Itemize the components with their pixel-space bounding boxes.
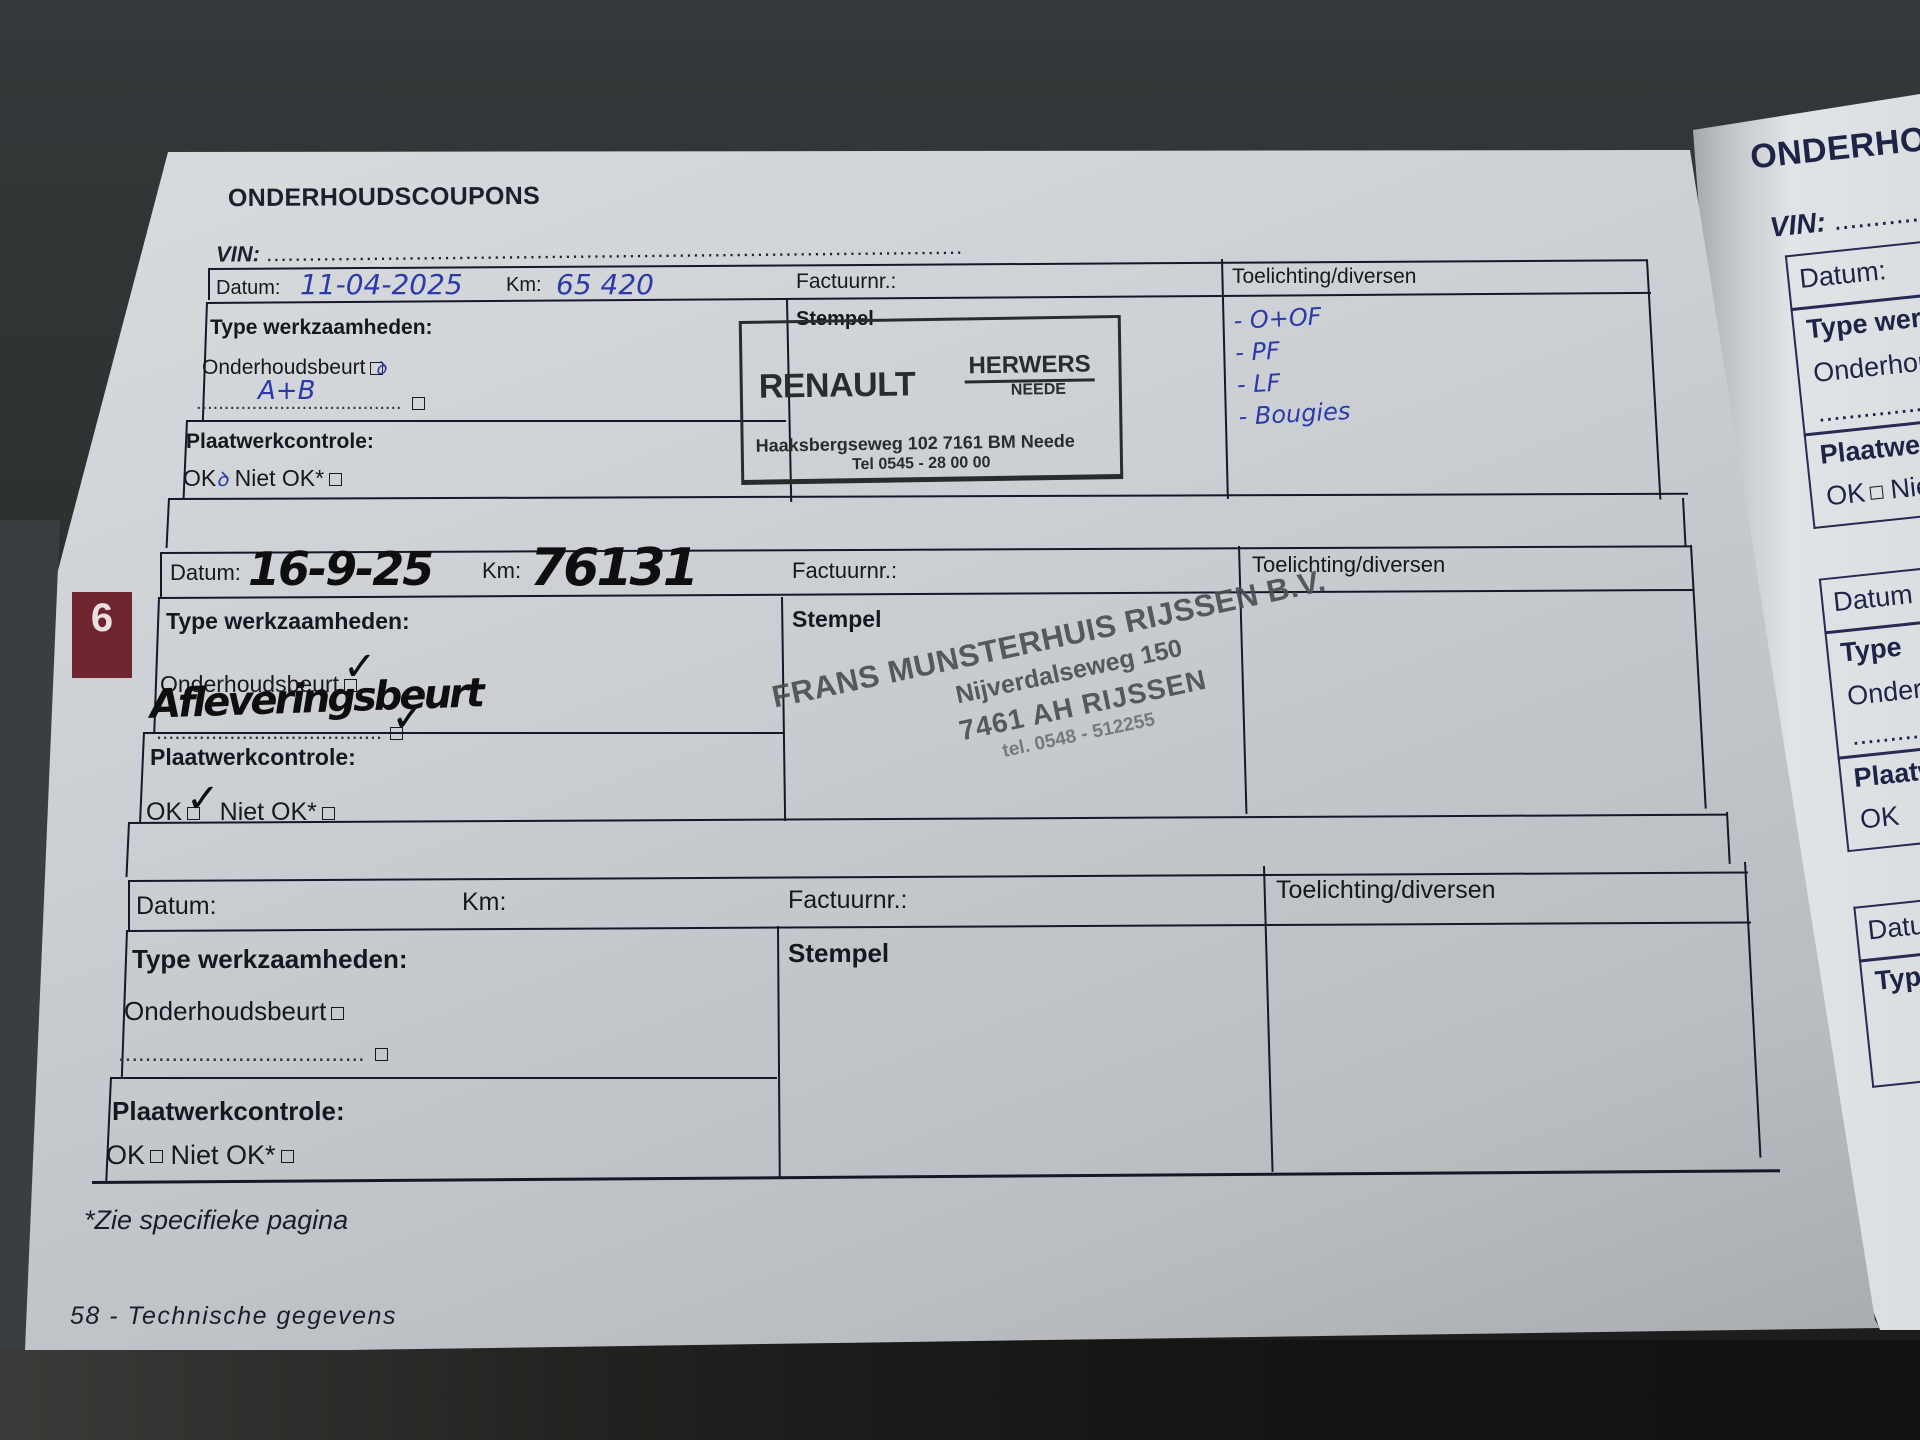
factuurnr-label: Factuurnr.: — [788, 886, 908, 915]
right-page-datum-row-2: Datum — [1819, 537, 1920, 635]
km-label: Km: — [462, 888, 506, 917]
extra-work-line: .....................................✓ — [156, 700, 426, 749]
footnote: *Zie specifieke pagina — [84, 1205, 348, 1236]
datum-value[interactable]: 16-9-25 — [248, 542, 432, 596]
km-label: Km: — [482, 558, 521, 584]
extra-work-line: ..................................... — [196, 392, 425, 415]
type-werkzaamheden-label: Type werkzaamheden: — [132, 944, 408, 975]
extra-work-line[interactable]: ..................................... — [118, 1040, 388, 1068]
onderhoudsbeurt-checkbox[interactable]: Onderhoudsbeurt — [124, 996, 344, 1027]
toelichting-label: Toelichting/diversen — [1232, 265, 1416, 289]
table-surface — [0, 1340, 1920, 1440]
stempel-label: Stempel — [788, 938, 889, 969]
right-page-vin-label: VIN: .............. — [1768, 194, 1920, 244]
dealer-stamp-renault: RENAULT HERWERS NEEDE Haaksbergseweg 102… — [739, 315, 1124, 485]
vin-label: VIN: — [216, 241, 260, 266]
plaatwerk-label: Plaatwerkcontrole: — [150, 744, 356, 771]
datum-label: Datum: — [136, 892, 217, 921]
km-value[interactable]: 65 420 — [556, 268, 654, 301]
toelichting-label: Toelichting/diversen — [1276, 876, 1496, 905]
plaatwerk-label: Plaatwerkcontrole: — [186, 430, 374, 454]
km-label: Km: — [506, 274, 542, 297]
page-title: ONDERHOUDSCOUPONS — [228, 182, 540, 213]
page-footer: 58 - Technische gegevens — [70, 1302, 397, 1331]
type-werkzaamheden-label: Type werkzaamheden: — [166, 608, 410, 635]
km-value[interactable]: 76131 — [530, 538, 696, 598]
right-page-datum-row-3: Datum — [1853, 865, 1920, 963]
datum-label: Datum: — [170, 560, 241, 586]
factuurnr-label: Factuurnr.: — [796, 270, 896, 294]
plaatwerk-options[interactable]: OK Niet OK* — [106, 1140, 294, 1171]
datum-value[interactable]: 11-04-2025 — [300, 268, 463, 301]
chapter-tab: 6 — [72, 592, 132, 678]
plaatwerk-options[interactable]: OK✓Niet OK* — [146, 784, 335, 830]
type-werkzaamheden-label: Type werkzaamheden: — [210, 316, 433, 340]
plaatwerk-options[interactable]: OKꝺ Niet OK* — [183, 465, 342, 492]
plaatwerk-label: Plaatwerkcontrole: — [112, 1096, 345, 1127]
datum-label: Datum: — [216, 277, 280, 300]
right-page-title: ONDERHOUDSCOUPONS — [1748, 94, 1920, 177]
toelichting-notes[interactable]: - O+OF - PF - LF - Bougies — [1233, 299, 1351, 433]
